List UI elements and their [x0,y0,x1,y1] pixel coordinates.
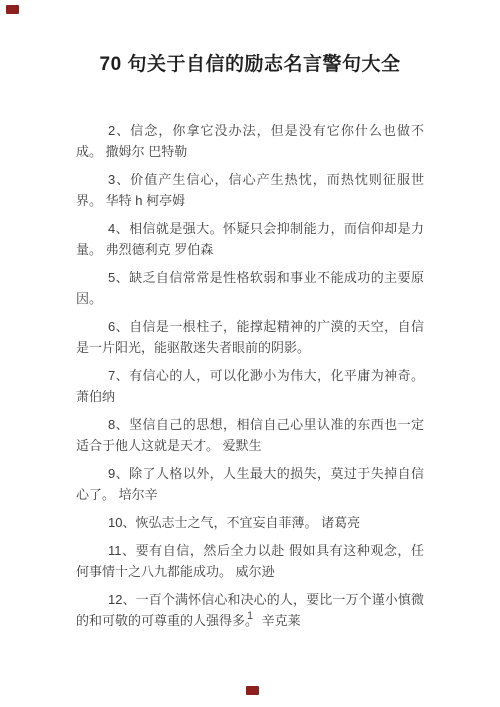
page-number: 1 [0,610,500,622]
red-marker-top [6,5,19,14]
page-title: 70 句关于自信的励志名言警句大全 [0,0,500,78]
quote-paragraph: 3、价值产生信心，信心产生热忱，而热忱则征服世界。 华特 h 柯亭姆 [76,169,424,211]
red-marker-bottom [246,686,259,695]
quote-paragraph: 7、有信心的人，可以化渺小为伟大，化平庸为神奇。 萧伯纳 [76,365,424,407]
quote-paragraph: 11、要有自信，然后全力以赴 假如具有这种观念，任何事情十之八九都能成功。 威尔… [76,540,424,582]
quote-paragraph: 9、除了人格以外，人生最大的损失，莫过于失掉自信心了。 培尔辛 [76,463,424,505]
quote-paragraph: 10、恢弘志士之气，不宜妄自菲薄。 诸葛亮 [76,512,424,533]
quote-paragraph: 2、信念，你拿它没办法，但是没有它你什么也做不成。 撒姆尔 巴特勒 [76,120,424,162]
quotes-list: 2、信念，你拿它没办法，但是没有它你什么也做不成。 撒姆尔 巴特勒3、价值产生信… [76,120,424,631]
document-page: 70 句关于自信的励志名言警句大全 2、信念，你拿它没办法，但是没有它你什么也做… [0,0,500,707]
quote-paragraph: 6、自信是一根柱子，能撑起精神的广漠的天空，自信是一片阳光，能驱散迷失者眼前的阴… [76,316,424,358]
quote-paragraph: 8、坚信自己的思想，相信自己心里认准的东西也一定适合于他人这就是天才。 爱默生 [76,414,424,456]
quote-paragraph: 5、缺乏自信常常是性格软弱和事业不能成功的主要原因。 [76,267,424,309]
quote-paragraph: 4、相信就是强大。怀疑只会抑制能力，而信仰却是力量。 弗烈德利克 罗伯森 [76,218,424,260]
